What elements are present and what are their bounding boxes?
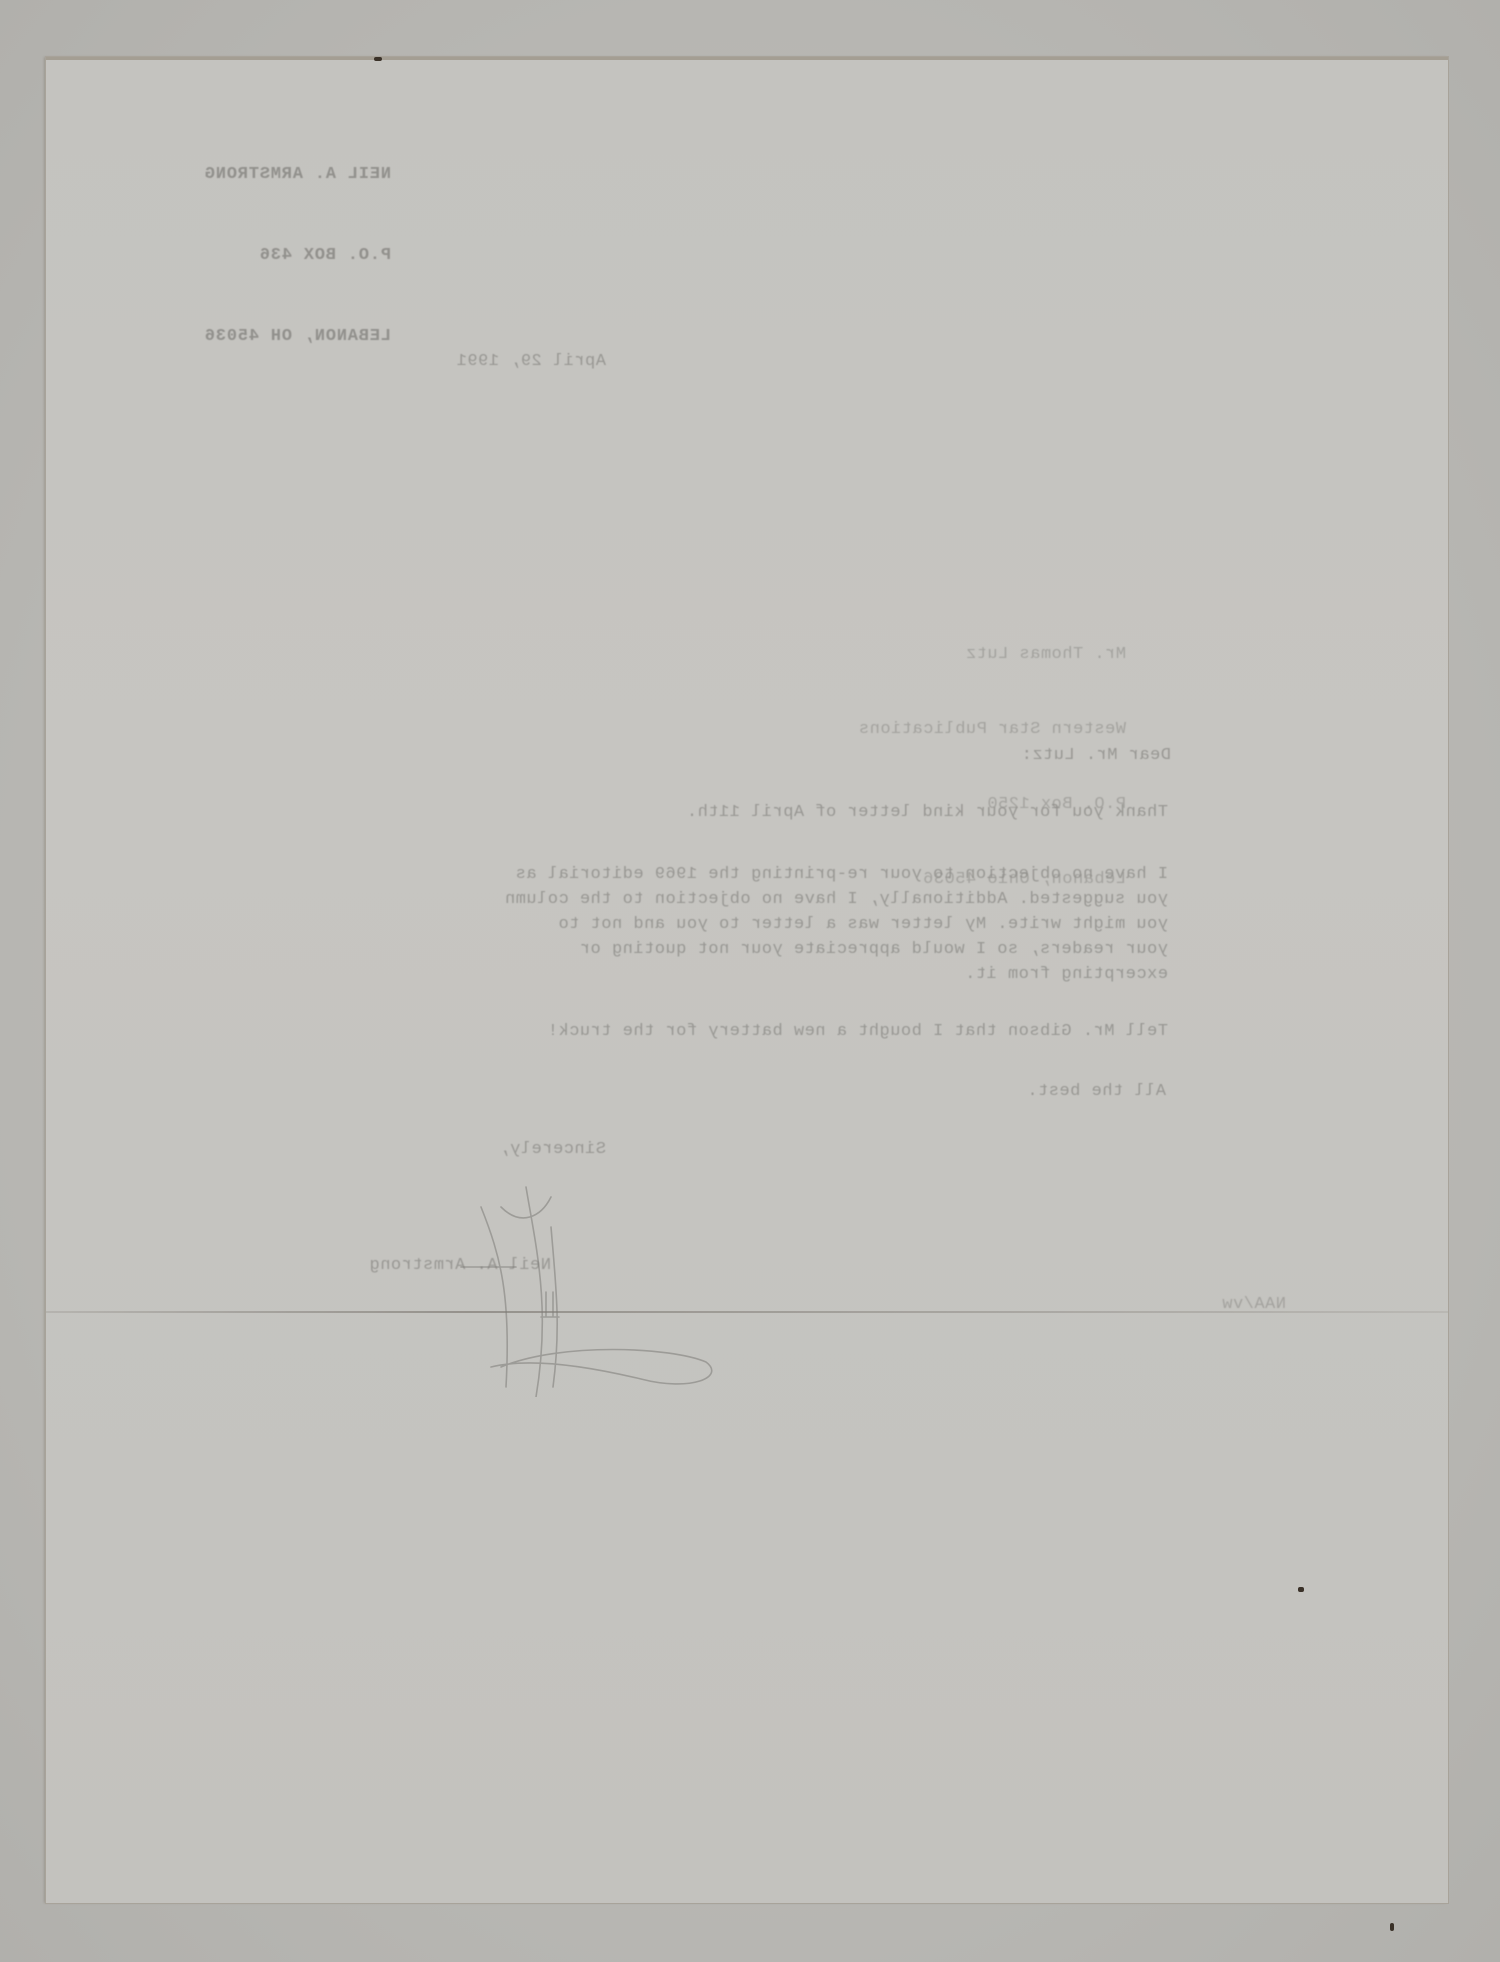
reference-initials: NAA/vw xyxy=(1196,1292,1286,1317)
letterhead-po-box: P.O. BOX 436 xyxy=(151,242,391,269)
body-paragraph-4: All the best. xyxy=(1011,1079,1166,1104)
closing: Sincerely, xyxy=(486,1137,606,1162)
letterhead-city: LEBANON, OH 45036 xyxy=(151,323,391,350)
letterhead: NEIL A. ARMSTRONG P.O. BOX 436 LEBANON, … xyxy=(151,107,391,404)
salutation: Dear Mr. Lutz: xyxy=(1021,743,1171,768)
paper-speck xyxy=(374,57,382,61)
body-paragraph-1: Thank you for your kind letter of April … xyxy=(628,800,1168,825)
body-paragraph-2: I have no objection to your re-printing … xyxy=(256,862,1168,987)
letterhead-name: NEIL A. ARMSTRONG xyxy=(151,161,391,188)
recipient-company: Western Star Publications xyxy=(846,717,1126,742)
letter-date: April 29, 1991 xyxy=(416,349,606,374)
paper-speck xyxy=(1298,1587,1304,1592)
signature-showthrough xyxy=(441,1167,881,1397)
backdrop-speck xyxy=(1390,1923,1394,1931)
body-paragraph-3: Tell Mr. Gibson that I bought a new batt… xyxy=(546,1019,1168,1044)
letter-page-reverse: NEIL A. ARMSTRONG P.O. BOX 436 LEBANON, … xyxy=(46,57,1448,1903)
recipient-name: Mr. Thomas Lutz xyxy=(846,642,1126,667)
